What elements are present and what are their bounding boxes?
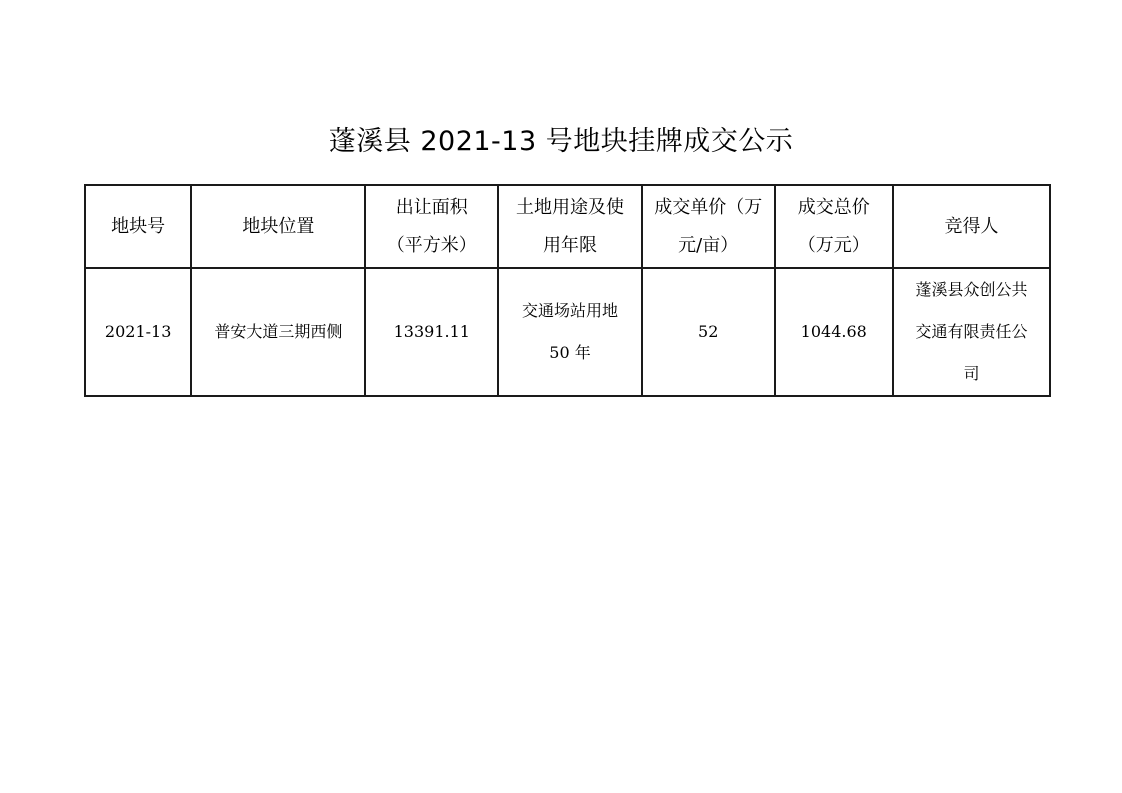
header-transfer-area: 出让面积 （平方米） [365,185,498,268]
cell-unit-price: 52 [642,268,775,396]
table-row: 2021-13 普安大道三期西侧 13391.11 交通场站用地 50 年 52… [85,268,1050,396]
page-title: 蓬溪县 2021-13 号地块挂牌成交公示 [0,122,1122,162]
table-header-row: 地块号 地块位置 出让面积 （平方米） 土地用途及使 用年限 成交单价（万 元/… [85,185,1050,268]
cell-total-price: 1044.68 [775,268,893,396]
cell-transfer-area: 13391.11 [365,268,498,396]
header-winning-bidder: 竞得人 [893,185,1050,268]
header-total-price: 成交总价 （万元） [775,185,893,268]
cell-land-use-term: 交通场站用地 50 年 [498,268,642,396]
transaction-notice-table: 地块号 地块位置 出让面积 （平方米） 土地用途及使 用年限 成交单价（万 元/… [84,184,1051,397]
cell-parcel-location: 普安大道三期西侧 [191,268,365,396]
cell-winning-bidder: 蓬溪县众创公共 交通有限责任公 司 [893,268,1050,396]
header-parcel-location: 地块位置 [191,185,365,268]
header-parcel-no: 地块号 [85,185,191,268]
header-unit-price: 成交单价（万 元/亩） [642,185,775,268]
header-land-use-term: 土地用途及使 用年限 [498,185,642,268]
cell-parcel-no: 2021-13 [85,268,191,396]
